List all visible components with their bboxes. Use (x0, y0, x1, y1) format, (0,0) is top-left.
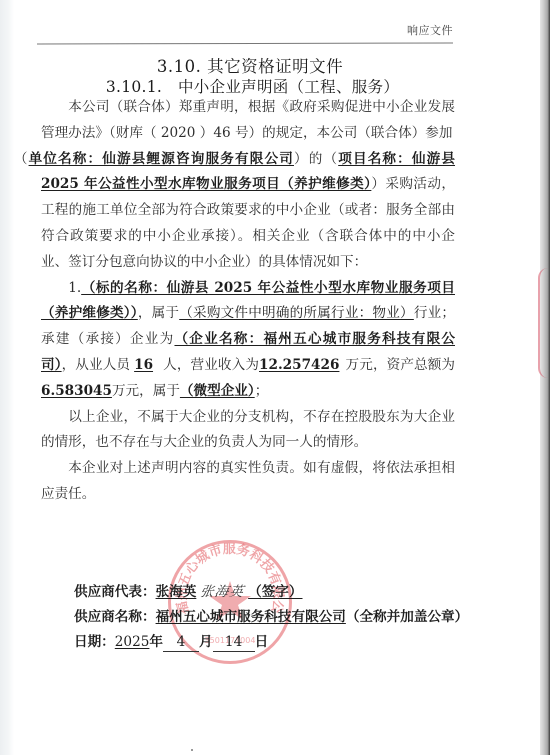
supplier-name-line: 供应商名称：福州五心城市服务科技有限公司（全称并加盖公章） (74, 605, 494, 630)
paragraph-declaration: 本公司（联合体）郑重声明，根据《政府采购促进中小企业发展管理办法》（财库（ 20… (41, 95, 455, 276)
text: ）的（ (294, 151, 338, 167)
item-number: 1. (68, 280, 81, 296)
paragraph-enterprise-details: 1.（标的名称：仙游县 2025 年公益性小型水库物业服务项目（养护维修类）），… (41, 276, 455, 405)
enterprise-type-field: （微型企业） (180, 383, 255, 399)
rep-signature-field: 张海英张海英（签字） (156, 584, 303, 600)
paragraph-independence: 以上企业，不属于大企业的分支机构，不存在控股股东为大企业的情形，也不存在与大企业… (41, 405, 455, 457)
supplier-name-field: 福州五心城市服务科技有限公司 (156, 609, 346, 625)
header-label: 响应文件 (395, 22, 453, 38)
text: ； (255, 383, 269, 399)
text: 万元，属于 (112, 383, 180, 399)
section-subtitle: 3.10.1. 中小企业声明函（工程、服务） (0, 75, 505, 97)
industry-field: （采购文件中明确的所属行业：物业） (179, 305, 414, 321)
handwritten-signature: 张海英 (198, 580, 246, 605)
declaration-body: 本公司（联合体）郑重声明，根据《政府采购促进中小企业发展管理办法》（财库（ 20… (41, 95, 455, 508)
paragraph-responsibility: 本企业对上述声明内容的真实性负责。如有虚假，将依法承担相应责任。 (41, 456, 455, 508)
text: 本公司（联合体）郑重声明，根据《政府采购促进中小企业发展管理办法》（财库（ 20… (41, 99, 455, 141)
page-left-shadow (0, 0, 14, 755)
text: ，从业人员 (62, 357, 131, 373)
header-rule (37, 42, 453, 44)
text: ，属于 (138, 305, 179, 321)
text: 万元，资产总额为 (345, 357, 455, 373)
assets-field: 6.583045 (41, 383, 112, 399)
edge-seal-fragment (538, 268, 548, 378)
supplier-suffix: （全称并加盖公章） (346, 609, 468, 625)
unit-name-field: 单位名称：仙游县鲤源咨询服务有限公司 (29, 151, 294, 167)
scan-speck (191, 749, 193, 751)
date-line: 日期：2025年4月14日 (74, 630, 494, 655)
text: 人，营业收入为 (163, 357, 259, 373)
rep-name: 张海英 (156, 584, 197, 600)
year-field: 2025 (115, 634, 150, 650)
text: （ (14, 151, 29, 167)
date-label: 日期： (74, 634, 115, 650)
signature-block: 供应商代表：张海英张海英（签字） 供应商名称：福州五心城市服务科技有限公司（全称… (74, 580, 494, 655)
revenue-field: 12.257426 (259, 357, 345, 373)
representative-line: 供应商代表：张海英张海英（签字） (74, 580, 494, 605)
rep-suffix: （签字） (248, 584, 302, 600)
day-field: 14 (213, 634, 255, 652)
year-unit: 年 (149, 634, 163, 650)
month-field: 4 (163, 634, 199, 652)
day-unit: 日 (255, 634, 269, 650)
supplier-label: 供应商名称： (74, 609, 156, 625)
employees-field: 16 (130, 357, 163, 373)
section-title: 3.10. 其它资格证明文件 (0, 53, 500, 77)
rep-label: 供应商代表： (74, 584, 156, 600)
month-unit: 月 (199, 634, 213, 650)
